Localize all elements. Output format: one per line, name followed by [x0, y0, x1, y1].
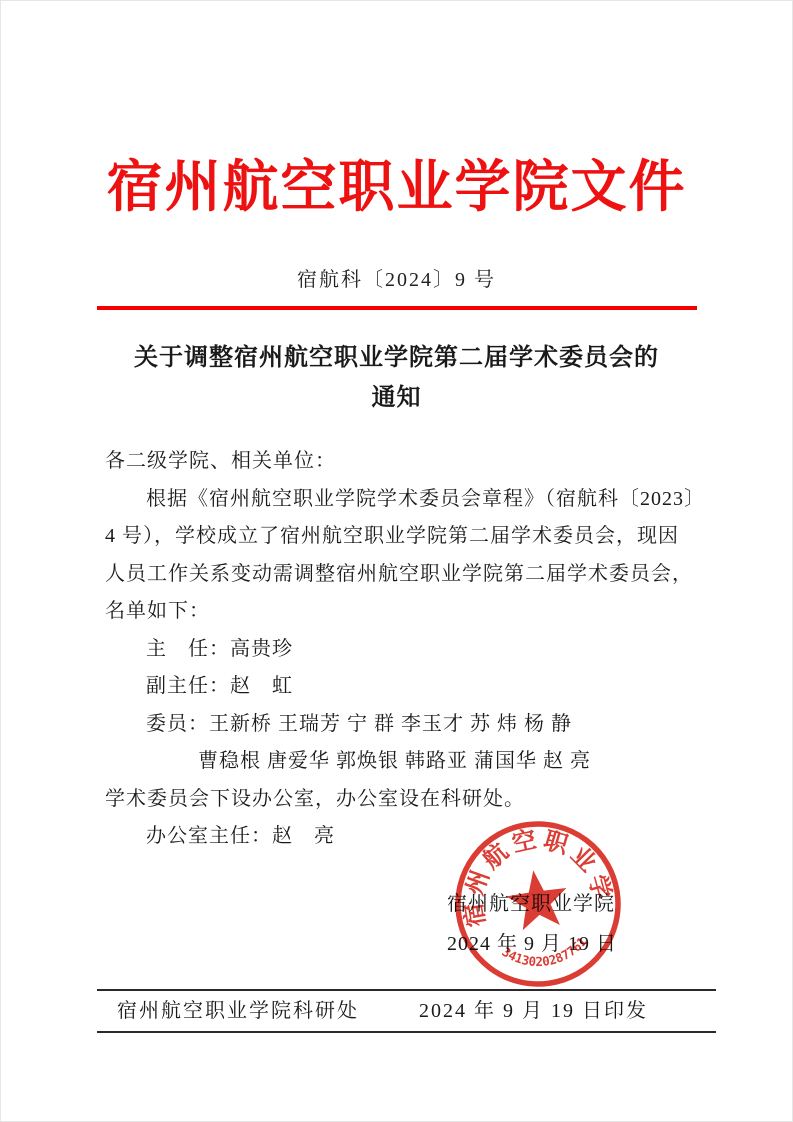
official-seal-stamp: 宿州航空职业学院 3413020287761 — [436, 802, 639, 1005]
seal-number: 3413020287761 — [498, 933, 592, 975]
body-text-line: 各二级学院、相关单位： — [105, 443, 705, 481]
doc-number: 宿航科〔2024〕9 号 — [0, 266, 793, 294]
document-body: 各二级学院、相关单位：根据《宿州航空职业学院学术委员会章程》（宿航科〔2023〕… — [105, 443, 705, 856]
document-header-title: 宿州航空职业学院文件 — [0, 156, 793, 220]
body-text-line: 根据《宿州航空职业学院学术委员会章程》（宿航科〔2023〕 — [105, 481, 705, 519]
document-page: 宿州航空职业学院文件 宿航科〔2024〕9 号 关于调整宿州航空职业学院第二届学… — [0, 0, 793, 1122]
body-text-line: 名单如下： — [105, 593, 705, 631]
svg-text:3413020287761: 3413020287761 — [498, 933, 592, 975]
red-separator-line — [97, 306, 697, 310]
body-text-line: 曹稳根 唐爱华 郭焕银 韩路亚 蒲国华 赵 亮 — [105, 743, 705, 781]
document-title-line1: 关于调整宿州航空职业学院第二届学术委员会的 — [0, 338, 793, 378]
footer-row: 宿州航空职业学院科研处 2024 年 9 月 19 日印发 — [97, 996, 716, 1026]
document-title: 关于调整宿州航空职业学院第二届学术委员会的 通知 — [0, 338, 793, 418]
body-text-line: 委员：王新桥 王瑞芳 宁 群 李玉才 苏 炜 杨 静 — [105, 706, 705, 744]
footer-top-rule — [97, 989, 716, 991]
body-text-line: 主 任：高贵珍 — [105, 631, 705, 669]
document-title-line2: 通知 — [0, 378, 793, 418]
footer: 宿州航空职业学院科研处 2024 年 9 月 19 日印发 — [97, 989, 716, 991]
footer-print-date: 2024 年 9 月 19 日印发 — [419, 996, 648, 1026]
star-icon — [503, 866, 571, 932]
body-text-line: 4 号），学校成立了宿州航空职业学院第二届学术委员会，现因 — [105, 518, 705, 556]
footer-bottom-rule — [97, 1031, 716, 1033]
body-text-line: 副主任：赵 虹 — [105, 668, 705, 706]
body-text-line: 人员工作关系变动需调整宿州航空职业学院第二届学术委员会， — [105, 556, 705, 594]
footer-issuer: 宿州航空职业学院科研处 — [117, 996, 359, 1026]
